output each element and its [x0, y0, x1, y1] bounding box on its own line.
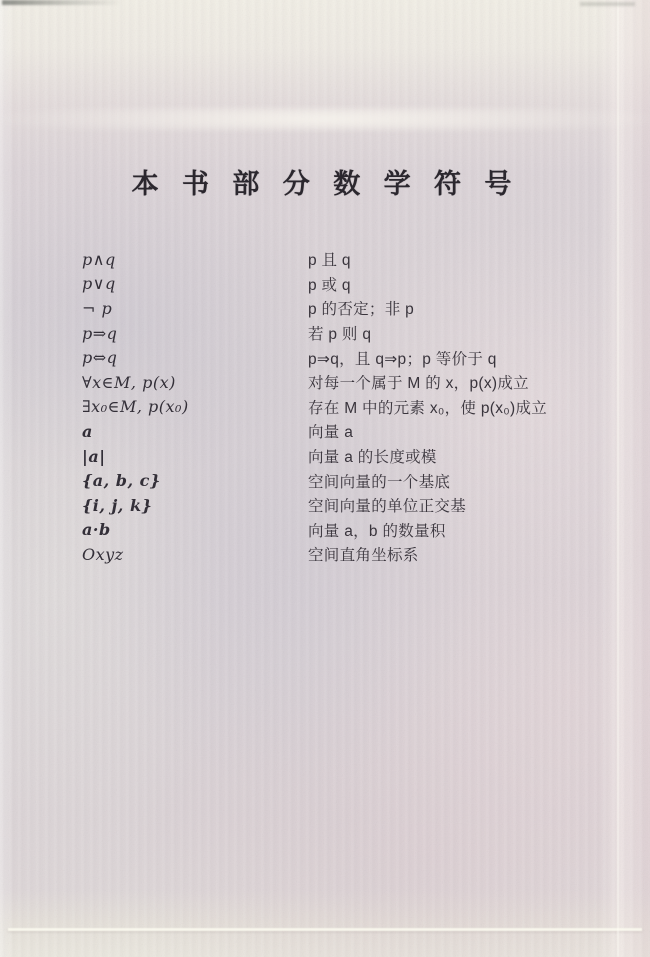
meaning-cell: p 且 q	[308, 248, 627, 270]
meaning-cell: 向量 a	[308, 420, 627, 442]
meaning-cell: 对每一个属于 M 的 x，p(x)成立	[308, 371, 627, 393]
meaning-cell: 向量 a 的长度或模	[308, 445, 627, 467]
meaning-cell: 向量 a，b 的数量积	[308, 519, 627, 541]
symbol-cell: a·b	[82, 520, 308, 539]
symbol-cell: p∨q	[82, 274, 308, 293]
meaning-cell: 空间向量的单位正交基	[308, 494, 627, 516]
symbol-cell: ∃x₀∈M, p(x₀)	[82, 397, 308, 416]
symbol-row: p∧qp 且 q	[82, 247, 627, 272]
meaning-cell: p⇒q，且 q⇒p；p 等价于 q	[308, 347, 627, 369]
symbol-cell: ¬ p	[82, 299, 308, 318]
symbol-row: p⇔qp⇒q，且 q⇒p；p 等价于 q	[82, 345, 627, 370]
meaning-cell: p 或 q	[308, 273, 627, 295]
symbol-row: a向量 a	[82, 419, 627, 444]
scan-edge-smudge	[580, 2, 635, 6]
symbol-cell: {i, j, k}	[82, 496, 308, 515]
symbol-row: p⇒q若 p 则 q	[82, 321, 627, 346]
meaning-cell: 空间直角坐标系	[308, 543, 627, 565]
symbol-row: a·b向量 a，b 的数量积	[82, 518, 627, 543]
symbol-cell: a	[82, 422, 308, 441]
page-title: 本 书 部 分 数 学 符 号	[0, 162, 650, 201]
symbol-cell: ∀x∈M, p(x)	[82, 373, 308, 392]
symbol-cell: Oxyz	[82, 545, 308, 564]
symbol-cell: p∧q	[82, 250, 308, 269]
symbol-row: {i, j, k}空间向量的单位正交基	[82, 493, 627, 518]
symbol-row: ∀x∈M, p(x)对每一个属于 M 的 x，p(x)成立	[82, 370, 627, 395]
scan-light-band	[0, 108, 650, 130]
meaning-cell: 若 p 则 q	[308, 322, 627, 344]
meaning-cell: p 的否定；非 p	[308, 297, 627, 319]
meaning-cell: 空间向量的一个基底	[308, 470, 627, 492]
symbol-row: {a, b, c}空间向量的一个基底	[82, 468, 627, 493]
symbol-row: |a|向量 a 的长度或模	[82, 444, 627, 469]
symbol-row: Oxyz空间直角坐标系	[82, 542, 627, 567]
symbol-cell: {a, b, c}	[82, 471, 308, 490]
meaning-cell: 存在 M 中的元素 x₀，使 p(x₀)成立	[308, 396, 627, 418]
symbol-row: ∃x₀∈M, p(x₀)存在 M 中的元素 x₀，使 p(x₀)成立	[82, 395, 627, 420]
symbol-row: p∨qp 或 q	[82, 272, 627, 297]
symbol-cell: p⇒q	[82, 324, 308, 343]
symbols-table: p∧qp 且 qp∨qp 或 q¬ pp 的否定；非 pp⇒q若 p 则 qp⇔…	[82, 247, 627, 567]
symbol-row: ¬ pp 的否定；非 p	[82, 296, 627, 321]
scanned-book-page: 本 书 部 分 数 学 符 号 p∧qp 且 qp∨qp 或 q¬ pp 的否定…	[0, 0, 650, 957]
scan-edge-smudge	[2, 0, 122, 5]
symbol-cell: |a|	[82, 447, 308, 466]
symbol-cell: p⇔q	[82, 348, 308, 367]
page-bottom-fold-line	[8, 928, 642, 931]
